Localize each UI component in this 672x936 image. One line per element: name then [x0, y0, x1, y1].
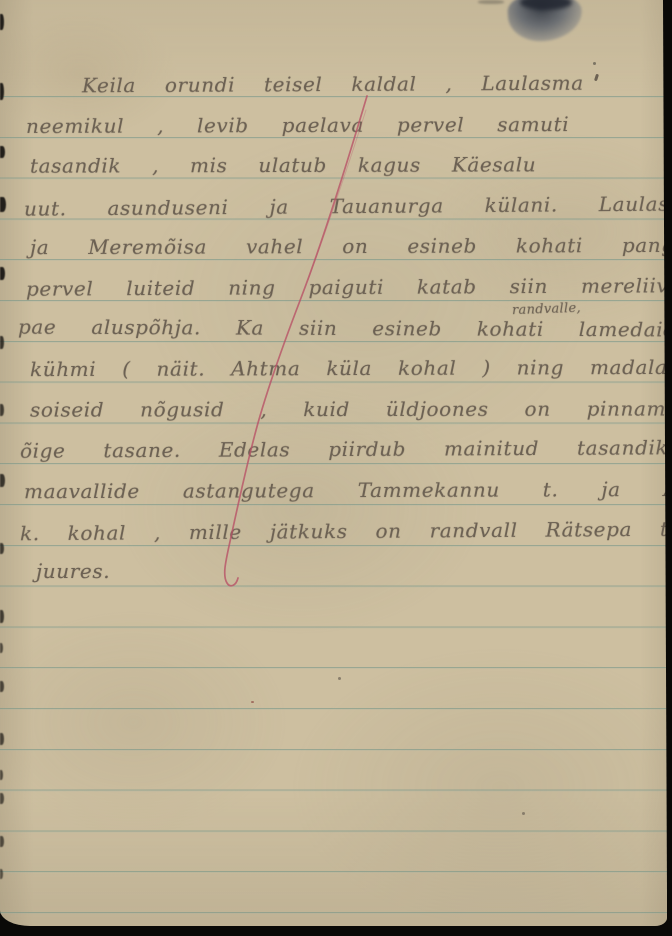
binding-mark — [0, 336, 4, 349]
binding-mark — [0, 83, 4, 100]
binding-mark — [0, 197, 6, 212]
binding-mark — [0, 681, 4, 692]
binding-mark — [0, 733, 4, 745]
paper-speck — [594, 74, 599, 82]
paper-speck — [593, 62, 596, 65]
binding-mark — [0, 267, 5, 280]
handwritten-line-13: juures. — [36, 559, 110, 583]
handwritten-line-1: Keila orundi teisel kaldal , Laulasma — [82, 71, 584, 98]
handwritten-line-5: ja Meremõisa vahel on esineb kohati pang… — [30, 233, 672, 259]
binding-mark — [0, 643, 3, 653]
handwritten-line-6: pervel luiteid ning paiguti katab siin m… — [26, 273, 669, 300]
binding-mark — [0, 793, 4, 804]
paper-sheet: Keila orundi teisel kaldal , Laulasma ne… — [0, 0, 667, 926]
scanned-notebook-page: Keila orundi teisel kaldal , Laulasma ne… — [0, 0, 672, 936]
paper-speck — [522, 812, 525, 815]
binding-mark — [0, 404, 4, 416]
paper-texture — [0, 0, 667, 926]
paper-speck — [478, 0, 504, 4]
handwritten-line-2: neemikul , levib paelava pervel samuti — [26, 112, 569, 138]
binding-mark — [0, 610, 4, 623]
handwritten-line-10: õige tasane. Edelas piirdub mainitud tas… — [20, 435, 668, 462]
handwritten-line-12: k. kohal , mille jätkuks on randvall Rät… — [20, 517, 672, 546]
binding-mark — [0, 14, 4, 30]
handwritten-line-11: maavallide astangutega Tammekannu t. ja … — [24, 477, 672, 503]
handwritten-line-7: pae aluspõhja. Ka siin esineb kohati lam… — [18, 315, 672, 342]
binding-mark — [0, 474, 5, 487]
paper-speck — [251, 701, 254, 703]
handwritten-line-8: kühmi ( näit. Ahtma küla kohal ) ning ma… — [30, 355, 672, 381]
handwritten-line-3: tasandik , mis ulatub kagus Käesalu — [30, 152, 536, 177]
inserted-word-above-line: randvalle, — [512, 301, 581, 318]
binding-mark — [0, 869, 3, 879]
binding-mark — [0, 146, 5, 158]
pink-margin-line — [0, 0, 672, 936]
paper-speck — [338, 677, 341, 680]
binding-mark — [0, 770, 3, 780]
handwritten-line-9: soiseid nõgusid , kuid üldjoones on pinn… — [30, 396, 672, 421]
binding-mark — [0, 836, 4, 847]
handwritten-line-4: uut. asunduseni ja Tauanurga külani. Lau… — [24, 191, 672, 220]
binding-mark — [0, 543, 4, 554]
